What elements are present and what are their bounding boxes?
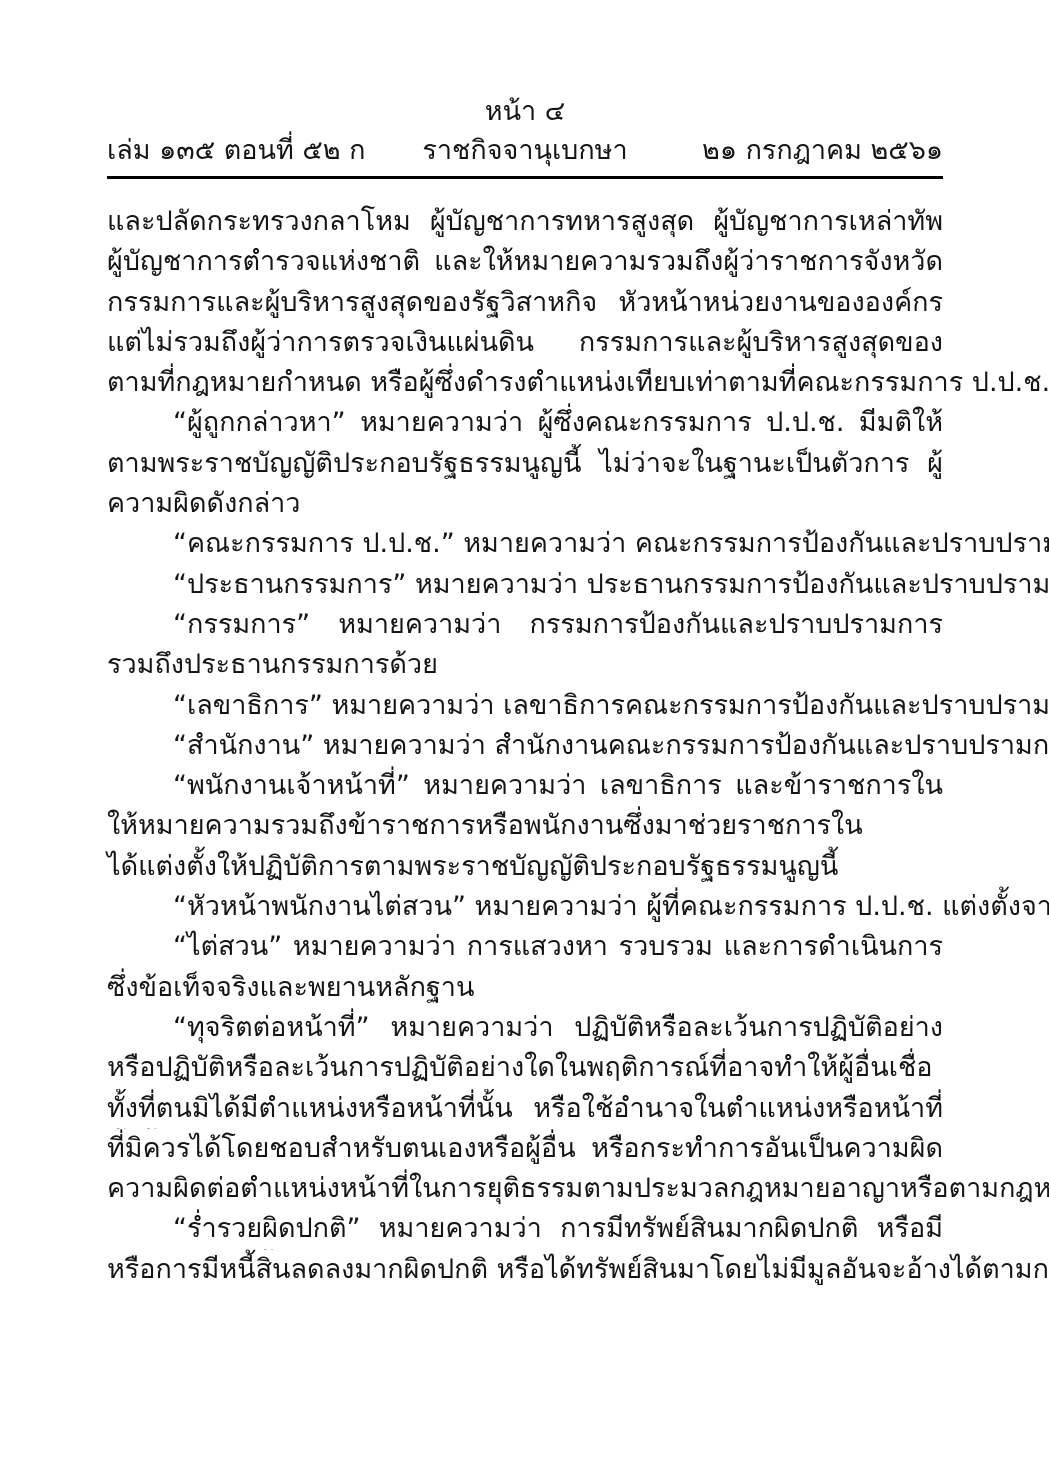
- text-line: ความผิดดังกล่าว: [107, 484, 943, 524]
- text-line: “เลขาธิการ” หมายความว่า เลขาธิการคณะกรรม…: [107, 686, 943, 726]
- gazette-page: { "colors": { "background": "#ffffff", "…: [0, 0, 1049, 1483]
- text-line: “กรรมการ” หมายความว่า กรรมการป้องกันและป…: [107, 605, 943, 645]
- header-divider: [107, 176, 943, 179]
- text-line: แต่ไม่รวมถึงผู้ว่าการตรวจเงินแผ่นดิน กรร…: [107, 323, 943, 363]
- text-line: ทั้งที่ตนมิได้มีตำแหน่งหรือหน้าที่นั้น ห…: [107, 1089, 943, 1129]
- text-line: “ไต่สวน” หมายความว่า การแสวงหา รวบรวม แล…: [107, 927, 943, 967]
- text-line: ผู้บัญชาการตำรวจแห่งชาติ และให้หมายความร…: [107, 242, 943, 282]
- volume-issue-label: เล่ม ๑๓๕ ตอนที่ ๕๒ ก: [107, 133, 386, 169]
- text-line: ซึ่งข้อเท็จจริงและพยานหลักฐาน: [107, 968, 943, 1008]
- text-line: “ประธานกรรมการ” หมายความว่า ประธานกรรมกา…: [107, 565, 943, 605]
- text-line: “สำนักงาน” หมายความว่า สำนักงานคณะกรรมกา…: [107, 726, 943, 766]
- text-line: ความผิดต่อตำแหน่งหน้าที่ในการยุติธรรมตาม…: [107, 1169, 943, 1209]
- text-line: “ทุจริตต่อหน้าที่” หมายความว่า ปฏิบัติหร…: [107, 1008, 943, 1048]
- text-line: ให้หมายความรวมถึงข้าราชการหรือพนักงานซึ่…: [107, 806, 943, 846]
- document-body: และปลัดกระทรวงกลาโหม ผู้บัญชาการทหารสูงส…: [107, 202, 943, 1290]
- text-line: “ร่ำรวยผิดปกติ” หมายความว่า การมีทรัพย์ส…: [107, 1209, 943, 1249]
- text-line: ที่มิควรได้โดยชอบสำหรับตนเองหรือผู้อื่น …: [107, 1129, 943, 1169]
- document-page: หน้า ๔ เล่ม ๑๓๕ ตอนที่ ๕๒ ก ราชกิจจานุเบ…: [0, 0, 1049, 1483]
- text-line: และปลัดกระทรวงกลาโหม ผู้บัญชาการทหารสูงส…: [107, 202, 943, 242]
- text-line: ได้แต่งตั้งให้ปฏิบัติการตามพระราชบัญญัติ…: [107, 847, 943, 887]
- text-line: “พนักงานเจ้าหน้าที่” หมายความว่า เลขาธิก…: [107, 766, 943, 806]
- text-line: หรือการมีหนี้สินลดลงมากผิดปกติ หรือได้ทร…: [107, 1250, 943, 1290]
- page-number-label: หน้า ๔: [107, 95, 943, 129]
- text-line: ตามที่กฎหมายกำหนด หรือผู้ซึ่งดำรงตำแหน่ง…: [107, 363, 943, 403]
- text-line: กรรมการและผู้บริหารสูงสุดของรัฐวิสาหกิจ …: [107, 283, 943, 323]
- text-line: “หัวหน้าพนักงานไต่สวน” หมายความว่า ผู้ที…: [107, 887, 943, 927]
- text-line: รวมถึงประธานกรรมการด้วย: [107, 645, 943, 685]
- text-line: “ผู้ถูกกล่าวหา” หมายความว่า ผู้ซึ่งคณะกร…: [107, 403, 943, 443]
- publication-date: ๒๑ กรกฎาคม ๒๕๖๑: [664, 133, 943, 169]
- gazette-header: เล่ม ๑๓๕ ตอนที่ ๕๒ ก ราชกิจจานุเบกษา ๒๑ …: [107, 133, 943, 169]
- text-line: “คณะกรรมการ ป.ป.ช.” หมายความว่า คณะกรรมก…: [107, 524, 943, 564]
- text-line: หรือปฏิบัติหรือละเว้นการปฏิบัติอย่างใดใน…: [107, 1048, 943, 1088]
- text-line: ตามพระราชบัญญัติประกอบรัฐธรรมนูญนี้ ไม่ว…: [107, 444, 943, 484]
- gazette-title: ราชกิจจานุเบกษา: [386, 133, 665, 169]
